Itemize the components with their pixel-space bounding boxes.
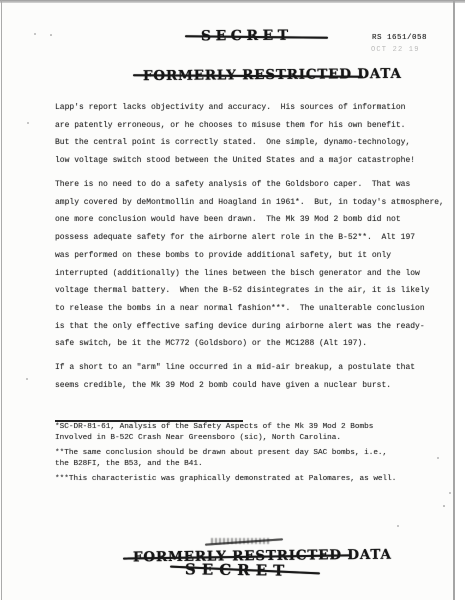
scan-edge-top (0, 0, 465, 3)
paragraph-1: Lapp's report lacks objectivity and accu… (55, 99, 415, 170)
date-stamp: OCT 22 19 (371, 46, 420, 54)
footnote-2: **The same conclusion should be drawn ab… (55, 448, 387, 470)
scan-speck (449, 492, 451, 494)
scan-speck (34, 33, 36, 35)
scan-edge-right (453, 0, 455, 600)
scan-speck (397, 525, 399, 527)
footnote-1: *SC-DR-81-61, Analysis of the Safety Asp… (55, 422, 373, 444)
scan-speck (27, 122, 29, 124)
scan-edge-left (1, 0, 2, 600)
scan-speck (443, 505, 445, 507)
scan-speck (50, 34, 52, 36)
scan-speck (437, 457, 439, 459)
scan-margin-right (455, 0, 465, 600)
scan-speck (26, 378, 28, 380)
paragraph-2: There is no need to do a safety analysis… (55, 176, 444, 353)
document-page: SECRET RS 1651/058 OCT 22 19 FORMERLY RE… (0, 0, 465, 600)
footnote-3: ***This characteristic was graphically d… (55, 474, 396, 485)
document-number-stamp: RS 1651/058 (372, 34, 427, 42)
paragraph-3: If a short to an "arm" line occurred in … (55, 359, 415, 394)
